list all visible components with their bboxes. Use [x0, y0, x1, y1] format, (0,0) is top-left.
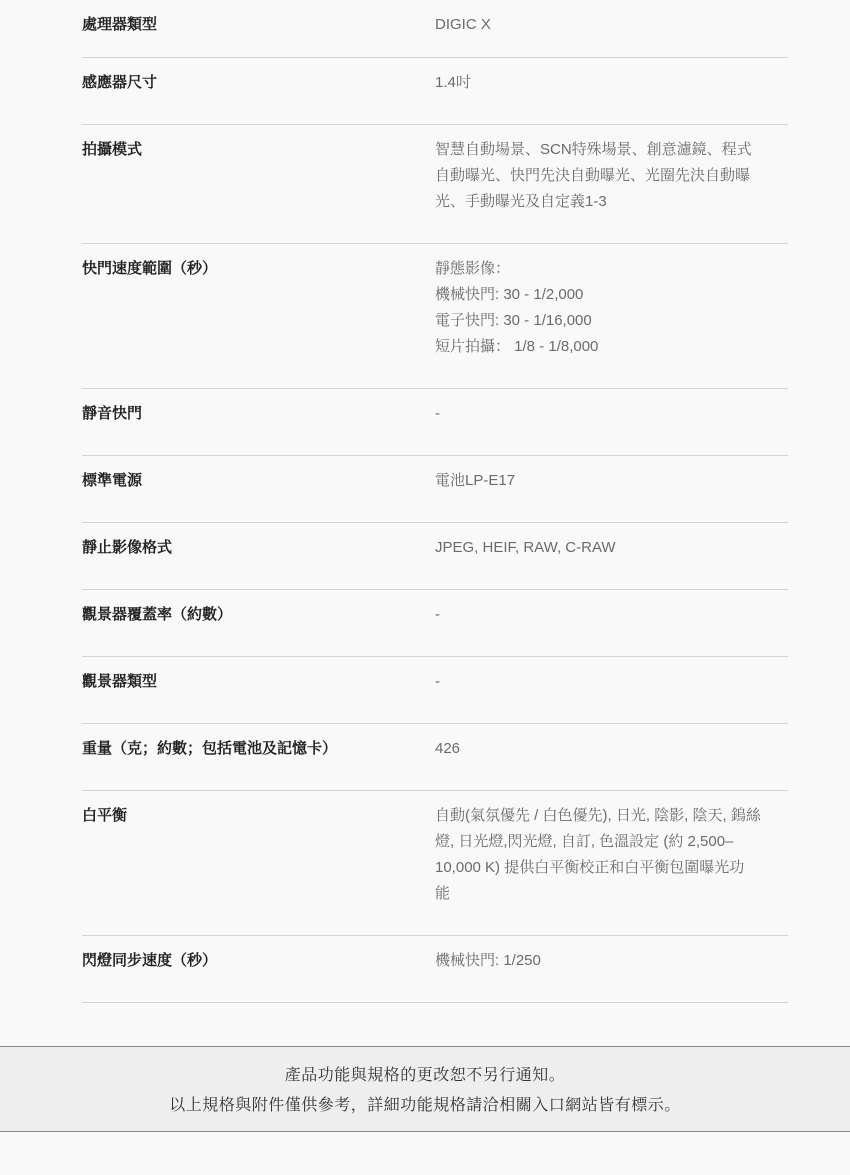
spec-value-line: - [435, 669, 774, 695]
spec-label: 處理器類型 [82, 12, 435, 35]
spec-label: 快門速度範圍（秒） [82, 256, 435, 366]
spec-value-line: 1.4吋 [435, 70, 774, 96]
spec-value: 自動(氣氛優先 / 白色優先), 日光, 陰影, 陰天, 鎢絲燈, 日光燈,閃光… [435, 803, 788, 913]
spec-label: 觀景器類型 [82, 669, 435, 701]
spec-value-line: 電子快門: 30 - 1/16,000 [435, 308, 774, 334]
spec-value: 電池LP-E17 [435, 468, 788, 500]
notice-line-2: 以上規格與附件僅供參考，詳細功能規格請洽相關入口網站皆有標示。 [0, 1091, 850, 1121]
spec-label: 重量（克；約數；包括電池及記憶卡） [82, 736, 435, 768]
spec-value-line: 靜態影像： [435, 256, 774, 282]
spec-label: 標準電源 [82, 468, 435, 500]
spec-label: 閃燈同步速度（秒） [82, 948, 435, 980]
spec-label: 觀景器覆蓋率（約數） [82, 602, 435, 634]
notice-line-1: 產品功能與規格的更改恕不另行通知。 [0, 1061, 850, 1091]
spec-row: 處理器類型DIGIC X [82, 0, 788, 58]
spec-row: 靜音快門- [82, 389, 788, 456]
spec-value-line: 426 [435, 736, 774, 762]
spec-value: 1.4吋 [435, 70, 788, 102]
spec-value: 靜態影像：機械快門: 30 - 1/2,000電子快門: 30 - 1/16,0… [435, 256, 788, 366]
spec-value-line: 能 [435, 881, 774, 907]
spec-value-line: 機械快門: 30 - 1/2,000 [435, 282, 774, 308]
spec-value: JPEG, HEIF, RAW, C-RAW [435, 535, 788, 567]
spec-value-line: 10,000 K) 提供白平衡校正和白平衡包圍曝光功 [435, 855, 774, 881]
spec-value: 智慧自動場景、SCN特殊場景、創意濾鏡、程式自動曝光、快門先決自動曝光、光圈先決… [435, 137, 788, 221]
spec-label: 感應器尺寸 [82, 70, 435, 102]
spec-value-line: DIGIC X [435, 12, 774, 38]
spec-value-line: 智慧自動場景、SCN特殊場景、創意濾鏡、程式 [435, 137, 774, 163]
spec-label: 靜音快門 [82, 401, 435, 433]
spec-row: 閃燈同步速度（秒）機械快門: 1/250 [82, 936, 788, 1003]
spec-row: 靜止影像格式JPEG, HEIF, RAW, C-RAW [82, 523, 788, 590]
spec-value-line: 光、手動曝光及自定義1-3 [435, 189, 774, 215]
spec-value: - [435, 602, 788, 634]
spec-value: 機械快門: 1/250 [435, 948, 788, 980]
spec-value-line: - [435, 602, 774, 628]
spec-table: 處理器類型DIGIC X感應器尺寸1.4吋拍攝模式智慧自動場景、SCN特殊場景、… [82, 0, 788, 1003]
spec-label: 白平衡 [82, 803, 435, 913]
spec-value-line: 短片拍攝： 1/8 - 1/8,000 [435, 334, 774, 360]
spec-value: DIGIC X [435, 12, 788, 35]
spec-label: 靜止影像格式 [82, 535, 435, 567]
spec-row: 拍攝模式智慧自動場景、SCN特殊場景、創意濾鏡、程式自動曝光、快門先決自動曝光、… [82, 125, 788, 244]
spec-value-line: 自動(氣氛優先 / 白色優先), 日光, 陰影, 陰天, 鎢絲 [435, 803, 774, 829]
spec-value-line: - [435, 401, 774, 427]
spec-row: 觀景器類型- [82, 657, 788, 724]
spec-value: 426 [435, 736, 788, 768]
notice-banner: 產品功能與規格的更改恕不另行通知。 以上規格與附件僅供參考，詳細功能規格請洽相關… [0, 1046, 850, 1132]
spec-row: 重量（克；約數；包括電池及記憶卡）426 [82, 724, 788, 791]
spec-value-line: 電池LP-E17 [435, 468, 774, 494]
spec-value: - [435, 401, 788, 433]
spec-value-line: 自動曝光、快門先決自動曝光、光圈先決自動曝 [435, 163, 774, 189]
spec-value-line: 機械快門: 1/250 [435, 948, 774, 974]
spec-label: 拍攝模式 [82, 137, 435, 221]
spec-row: 觀景器覆蓋率（約數）- [82, 590, 788, 657]
spec-row: 感應器尺寸1.4吋 [82, 58, 788, 125]
spec-value-line: 燈, 日光燈,閃光燈, 自訂, 色溫設定 (約 2,500– [435, 829, 774, 855]
spec-row: 標準電源電池LP-E17 [82, 456, 788, 523]
spec-value-line: JPEG, HEIF, RAW, C-RAW [435, 535, 774, 561]
spec-row: 快門速度範圍（秒）靜態影像：機械快門: 30 - 1/2,000電子快門: 30… [82, 244, 788, 389]
spec-value: - [435, 669, 788, 701]
spec-row: 白平衡自動(氣氛優先 / 白色優先), 日光, 陰影, 陰天, 鎢絲燈, 日光燈… [82, 791, 788, 936]
